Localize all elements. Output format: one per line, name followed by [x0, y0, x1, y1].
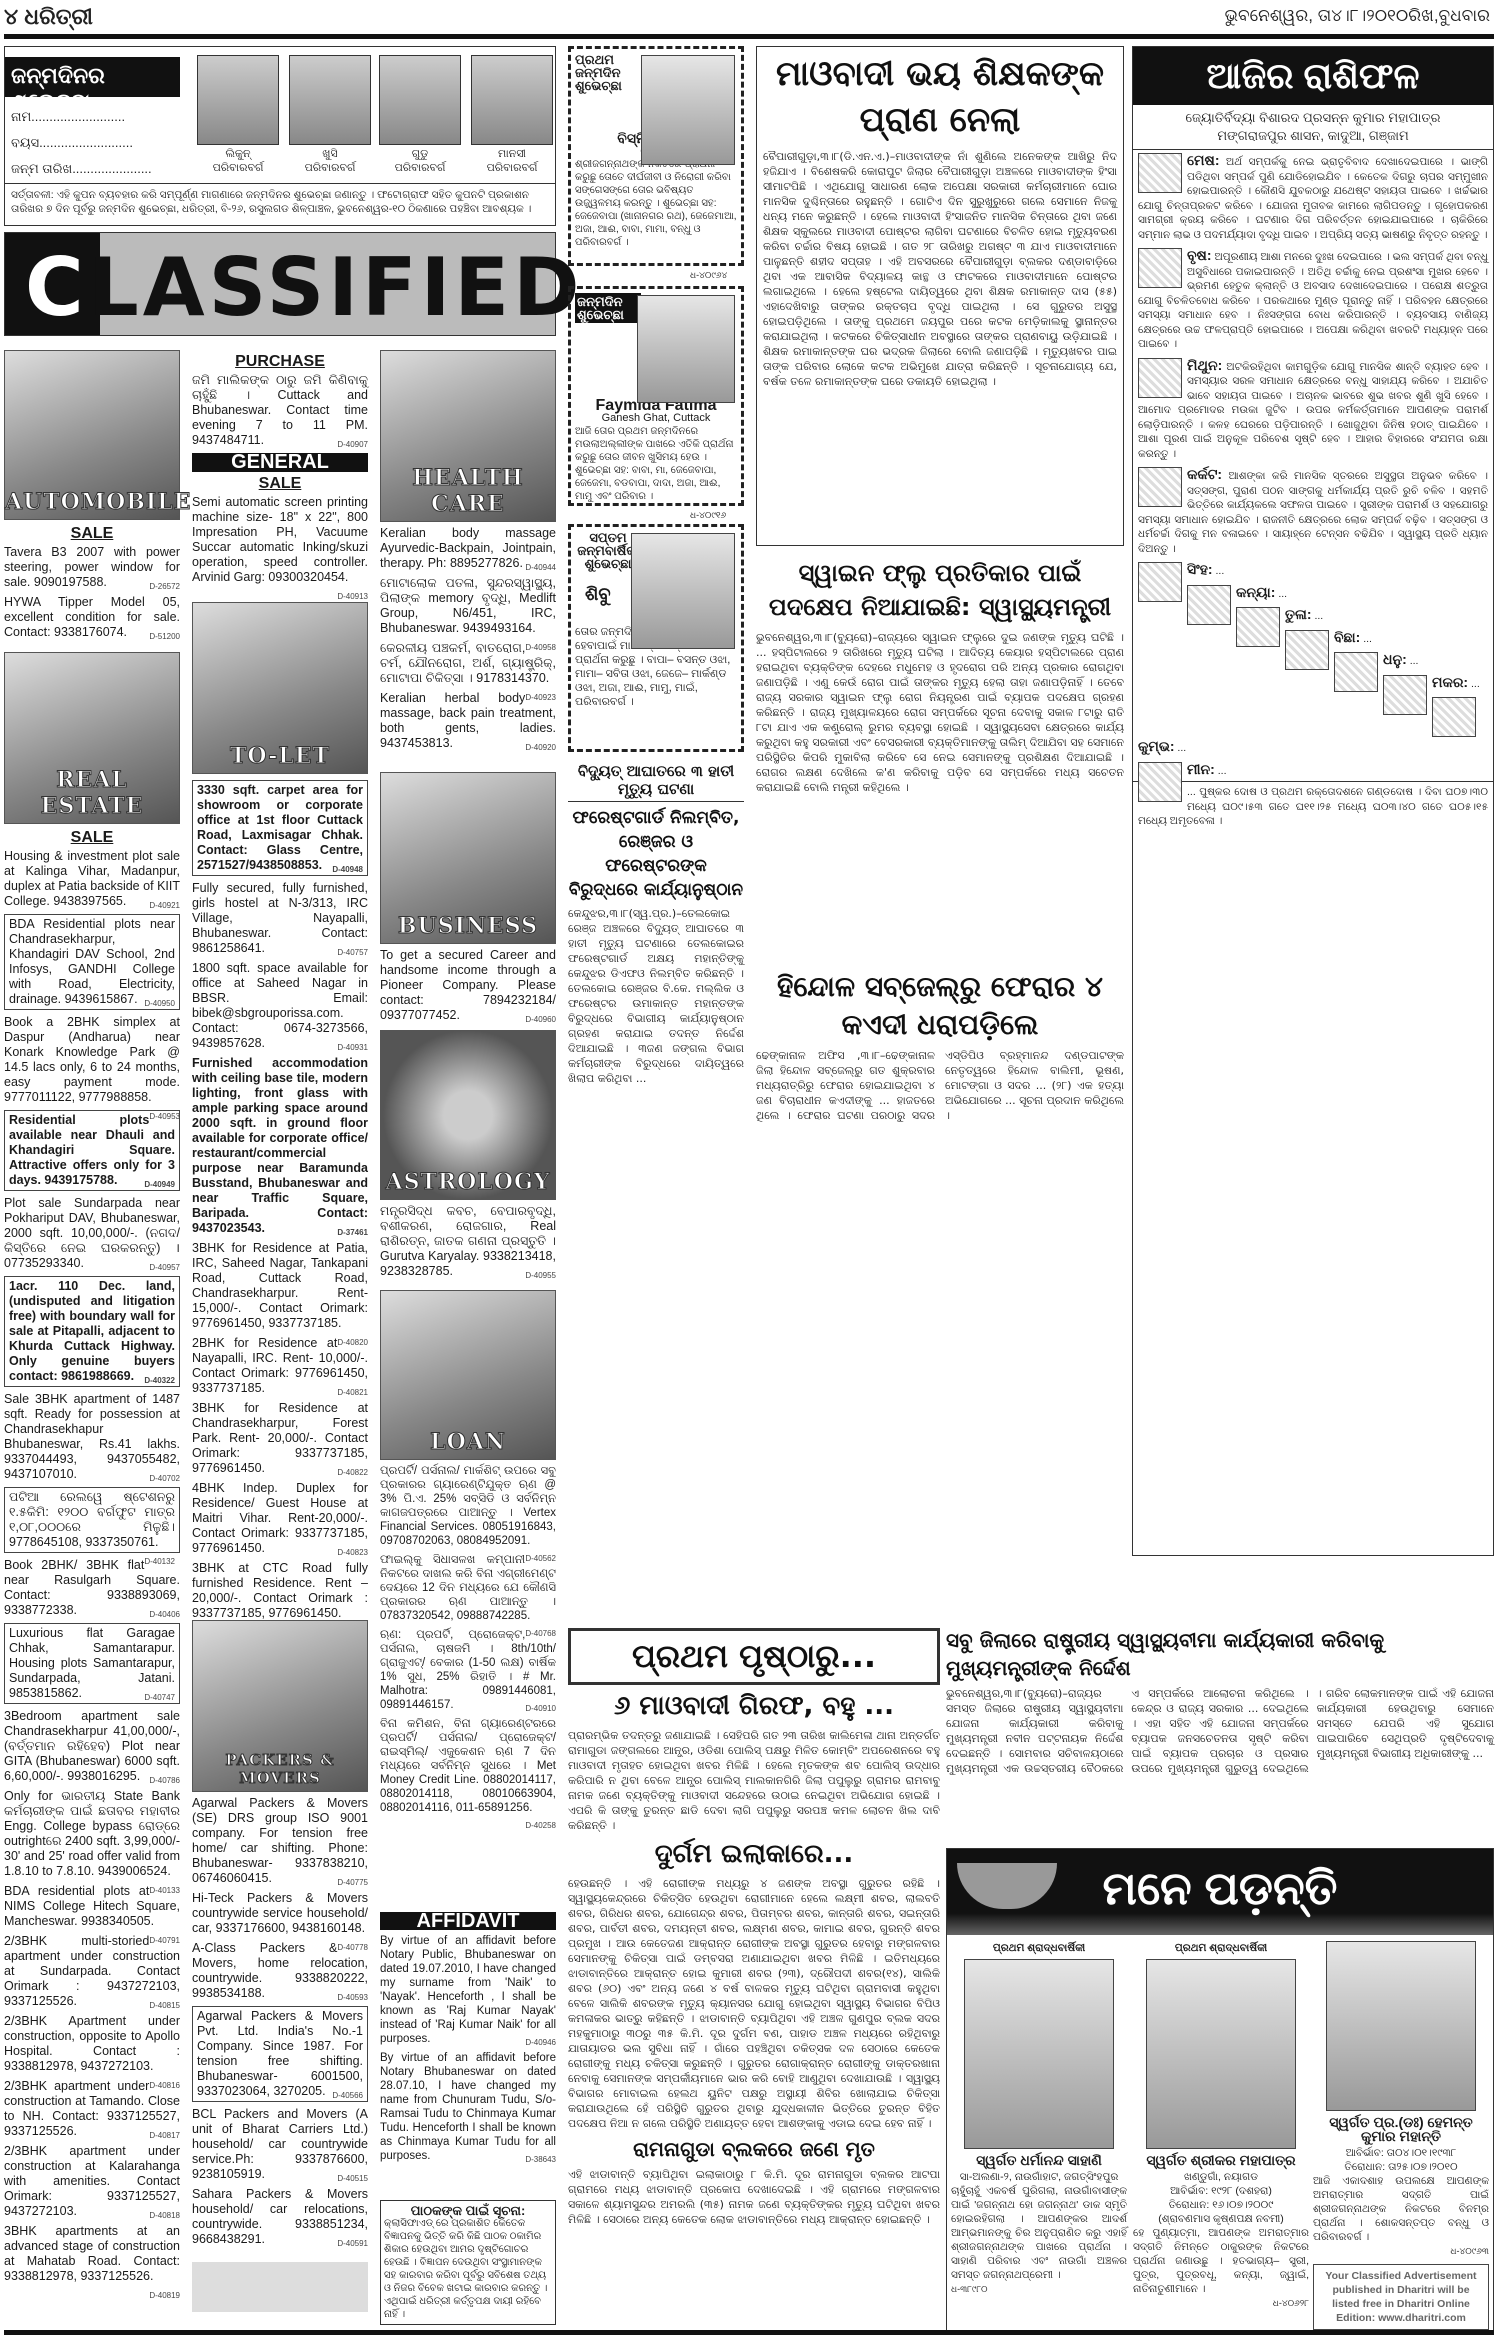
loan-image: LOAN — [380, 1290, 556, 1460]
obituary-entry: ପ୍ରଥମ ଶ୍ରାଦ୍ଧବାର୍ଷିକୀ ସ୍ୱର୍ଗତ ଶ୍ରୀକର ମହା… — [1133, 1941, 1309, 2310]
obituary-panel: ମନେ ପଡ଼ନ୍ତି ପ୍ରଥମ ଶ୍ରାଦ୍ଧବାର୍ଷିକୀ ସ୍ୱର୍ଗ… — [946, 1848, 1494, 2332]
coupon-age-field: ବୟସ.......................... — [11, 135, 133, 151]
real-estate-image: REAL ESTATE — [4, 652, 180, 824]
horoscope-sign: କର୍କଟ: ଆଶଙ୍କା କରି ମାନସିକ ସ୍ତରରେ ଅସୁସ୍ଥତା… — [1133, 464, 1493, 559]
maoist-story: ମାଓବାଦୀ ଭୟ ଶିକ୍ଷକଙ୍କ ପ୍ରାଣ ନେଲା ବୈପାରୀଗୁ… — [756, 46, 1124, 546]
classified-ad: Sahara Packers & Movers household/ car r… — [192, 2187, 368, 2247]
classified-ad: By virtue of an affidavit before Notary … — [380, 1934, 556, 2046]
hindol-story: ହିନ୍ଦୋଳ ସବ୍‌ଜେଲ୍‌ରୁ ଫେରାର ୪ କଏଦୀ ଧରାପଡ଼ି… — [756, 968, 1124, 1123]
page-label: ୪ ଧରିତ୍ରୀ — [4, 4, 93, 30]
classified-ad: ଜମି ମାଲିକଙ୍କ ଠାରୁ ଜମି କିଣିବାକୁ ଚାହୁଁଛି ।… — [192, 373, 368, 448]
classified-ad: Semi automatic screen printing machine s… — [192, 495, 368, 585]
astrology-image: ASTROLOGY — [380, 1030, 556, 1200]
obituary-photo — [1146, 1959, 1296, 2149]
wish-photo — [641, 55, 735, 165]
kid-photo — [197, 55, 279, 145]
classified-ad: Book a 2BHK simplex at Daspur (Andharua)… — [4, 1015, 180, 1105]
classified-ad: 3330 sqft. carpet area for showroom or c… — [192, 780, 368, 876]
horoscope-footer: ... ପୁଷ୍କର ଦୋଷ ଓ ପ୍ରଥମ ରକ୍ତୋଦଶନେ ଗଣ୍ଡଦୋଷ… — [1133, 781, 1493, 832]
astrology-column: ମନ୍ତ୍ରସିଦ୍ଧ କବଚ, ବେପାରବୃଦ୍ଧି, ବଶୀକରଣ, ରୋ… — [380, 1204, 556, 1284]
classified-ad: Plot sale Sundarpada near Pokhariput DAV… — [4, 1196, 180, 1271]
classified-ad: Sale 3BHK apartment of 1487 sqft. Ready … — [4, 1392, 180, 1482]
classified-banner: CLASSIFIED — [4, 232, 556, 336]
classified-ad: Furnished accommodation with ceiling bas… — [192, 1056, 368, 1236]
wish-card: ସପ୍ତମ ଜନ୍ମବାର୍ଷିକୀ ଶୁଭେଚ୍ଛା ଶିବୁ ତୋର ଜନ୍… — [568, 524, 744, 752]
horoscope-sign: ମିଥୁନ: ଅଟକିରହିଥିବା କାମଗୁଡ଼ିକ ଯୋଗୁ ମାନସିକ… — [1133, 355, 1493, 465]
health-insurance-story: ସବୁ ଜିଲାରେ ରାଷ୍ଟ୍ରୀୟ ସ୍ୱାସ୍ଥ୍ୟବୀମା କାର୍ଯ… — [946, 1626, 1494, 1776]
affidavit-column: AFFIDAVIT By virtue of an affidavit befo… — [380, 1908, 556, 2168]
zodiac-icon — [1285, 630, 1329, 670]
classified-ad: ପ୍ରପର୍ଟି/ ପର୍ସନାଲ/ ମାର୍କଶିଟ୍ ଉପରେ ସବୁ ପ୍… — [380, 1464, 556, 1548]
online-listing-note: Your Classified Advertisement published … — [1313, 2264, 1489, 2330]
horoscope-sign: କନ୍ୟା: ... — [1133, 582, 1493, 605]
classified-ad: Hi-Teck Packers & Movers countrywide ser… — [192, 1891, 368, 1936]
classified-ad: ବିନା କମିଶନ, ବିନା ଗ୍ୟାରେଣ୍ଟରରେ ପ୍ରପର୍ଟି/ … — [380, 1717, 556, 1815]
automobile-image: AUTOMOBILE — [4, 350, 180, 520]
real-estate-column: SALE Housing & investment plot sale at K… — [4, 826, 180, 2303]
wish-card: ପ୍ରଥମ ଜନ୍ମଦିନ ଶୁଭେଚ୍ଛା ବିସ୍ମିତ୍ (ଅଂଶୁ) ଖ… — [568, 46, 744, 266]
classified-ad: 4BHK Indep. Duplex for Residence/ Guest … — [192, 1481, 368, 1556]
classified-ad: Agarwal Packers & Movers Pvt. Ltd. India… — [192, 2006, 368, 2102]
classified-ad: 2/3BHK Apartment under construction, opp… — [4, 2014, 180, 2074]
classified-ad: ମନ୍ତ୍ରସିଦ୍ଧ କବଚ, ବେପାରବୃଦ୍ଧି, ବଶୀକରଣ, ରୋ… — [380, 1204, 556, 1279]
real-estate-sale-heading: SALE — [4, 830, 180, 845]
to-let-column: 3330 sqft. carpet area for showroom or c… — [192, 780, 368, 1640]
swine-flu-story: ସ୍ୱାଇନ ଫ୍ଲୁ ପ୍ରତିକାର ପାଇଁ ପଦକ୍ଷେପ ନିଆଯାଇ… — [756, 556, 1124, 795]
horoscope-sign: କୁମ୍ଭ: ... — [1133, 694, 1493, 759]
zodiac-icon — [1138, 248, 1182, 288]
wish-photo — [637, 295, 735, 403]
horoscope-sign: ସିଂହ: ... — [1133, 559, 1493, 582]
health-care-column: Keralian body massage Ayurvedic-Backpain… — [380, 526, 556, 756]
horoscope-sign: ମେଷ: ଅର୍ଥ ସମ୍ପର୍କକୁ ନେଇ ଭ୍ରାତୃବିବାଦ ଦେଖା… — [1133, 150, 1493, 245]
horoscope-sign: ମକର: ... — [1133, 672, 1493, 695]
classified-ad: Only for ଭାରତୀୟ State Bank କର୍ମଚାରୀଙ୍କ ପ… — [4, 1789, 180, 1879]
dateline: ଭୁବନେଶ୍ୱର, ତା୪।୮।୨୦୧୦ରିଖ,ବୁଧବାର — [1225, 6, 1490, 26]
classified-ad: Fully secured, fully furnished, girls ho… — [192, 881, 368, 956]
general-sale-heading: SALE — [192, 476, 368, 491]
classified-ad: By virtue of an affidavit before Notary … — [380, 2051, 556, 2163]
classified-ad: ମୋଟାଲୋକ ପତଳା, ସୁନ୍ଦରସ୍ୱାସ୍ଥ୍ୟ, ପିଲାଙ୍କ m… — [380, 576, 556, 636]
horoscope-author: ଜ୍ୟୋତିର୍ବିଦ୍ୟା ବିଶାରଦ ପ୍ରସନ୍ନ କୁମାର ମହାପ… — [1133, 105, 1493, 150]
kid-caption: ମାନସୀପରିବାରବର୍ଗ — [467, 147, 557, 175]
classified-ad: 2/3BHK apartment under construction at K… — [4, 2144, 180, 2219]
zodiac-icon — [1138, 467, 1182, 507]
kid-photo — [379, 55, 461, 145]
classified-wordmark: CLASSIFIED — [25, 241, 583, 334]
affidavit-bar: AFFIDAVIT — [380, 1912, 556, 1930]
obituary-banner: ମନେ ପଡ଼ନ୍ତି — [947, 1849, 1493, 1935]
purchase-heading: PURCHASE — [192, 354, 368, 369]
diya-lamp-icon — [957, 1863, 1057, 1909]
obituary-photo — [964, 1959, 1114, 2149]
zodiac-icon — [1383, 675, 1427, 715]
business-image: BUSINESS — [380, 772, 556, 944]
horoscope-sign: ବିଛା: ... — [1133, 627, 1493, 650]
classified-ad: 3BHK at CTC Road fully furnished Residen… — [192, 1561, 368, 1621]
kid-photo — [289, 55, 371, 145]
zodiac-icon — [1138, 358, 1182, 398]
coupon-terms: ସର୍ତ୍ତାବଳୀ: ଏହି କୁପନ ବ୍ୟବହାର କରି ସମ୍ପୂର୍… — [5, 183, 555, 220]
coupon-name-field: ନାମ.......................... — [11, 109, 125, 125]
bottom-rule — [4, 2330, 1494, 2335]
kid-photo — [471, 55, 553, 145]
business-column: To get a secured Career and handsome inc… — [380, 948, 556, 1028]
health-care-image: HEALTH CARE — [380, 350, 556, 522]
horoscope-signs: ମେଷ: ଅର୍ଥ ସମ୍ପର୍କକୁ ନେଇ ଭ୍ରାତୃବିବାଦ ଦେଖା… — [1133, 150, 1493, 781]
classified-ad: 3BHK for Residence at Chandrasekharpur, … — [192, 1401, 368, 1476]
horoscope-panel: ଆଜିର ରାଶିଫଳ ଜ୍ୟୋତିର୍ବିଦ୍ୟା ବିଶାରଦ ପ୍ରସନ୍… — [1132, 46, 1494, 1556]
classified-ad: Keralian body massage Ayurvedic-Backpain… — [380, 526, 556, 571]
classified-ad: BCL Packers and Movers (A unit of Bharat… — [192, 2107, 368, 2182]
classified-ad: 1800 sqft. space available for office at… — [192, 961, 368, 1051]
kid-caption: ଲିକୁନ୍ପରିବାରବର୍ଗ — [193, 147, 283, 175]
coupon-title: ଜନ୍ମଦିନର ଶୁଭେଚ୍ଛା — [5, 57, 180, 97]
zodiac-icon — [1138, 562, 1182, 602]
general-bar: GENERAL — [192, 453, 368, 472]
automobile-column: SALE Tavera B3 2007 with power steering,… — [4, 522, 180, 645]
classified-ad: 1acr. 110 Dec. land, (undisputed and lit… — [4, 1276, 180, 1387]
coupon-dob-field: ଜନ୍ମ ତାରିଖ...................... — [11, 161, 152, 177]
reader-notice: ପାଠକଙ୍କ ପାଇଁ ସୂଚନା: କ୍ଲାସିଫାଏଡ୍ ରେ ପ୍ରକା… — [380, 2200, 556, 2325]
zodiac-icon — [1432, 697, 1476, 737]
kid-caption: ଗୁଡୁପରିବାରବର୍ଗ — [375, 147, 465, 175]
classified-ad: Luxurious flat Garagae Chhak, Samantarap… — [4, 1623, 180, 1704]
obituary-entry: ପ୍ରଥମ ଶ୍ରାଦ୍ଧବାର୍ଷିକୀ ସ୍ୱର୍ଗତ ଧର୍ମାନନ୍ଦ … — [951, 1941, 1127, 2296]
loan-column: ପ୍ରପର୍ଟି/ ପର୍ସନାଲ/ ମାର୍କଶିଟ୍ ଉପରେ ସବୁ ପ୍… — [380, 1464, 556, 1833]
zodiac-icon — [1334, 652, 1378, 692]
birthday-coupon: ଜନ୍ମଦିନର ଶୁଭେଚ୍ଛା ନାମ...................… — [4, 46, 556, 226]
classified-ad: HYWA Tipper Model 05, excellent conditio… — [4, 595, 180, 640]
classified-ad: Housing & investment plot sale at Kaling… — [4, 849, 180, 909]
obituary-photo — [1326, 1941, 1476, 2111]
zodiac-icon — [1138, 153, 1182, 193]
obituary-entry: ସ୍ୱର୍ଗତ ପ୍ର.(ଡଃ) ହେମନ୍ତ କୁମାର ମହାନ୍ତି ଆବ… — [1313, 1937, 1489, 2330]
classified-ad: 3BHK apartments at an advanced stage of … — [4, 2224, 180, 2284]
zodiac-icon — [1236, 607, 1280, 647]
zodiac-icon — [1187, 585, 1231, 625]
classified-ad: ପଟିଆ ରେଲୱେ ଷ୍ଟେଶନରୁ ୧.୫କିମି: ୧୨୦୦ ବର୍ଗଫୁ… — [4, 1487, 180, 1553]
packers-image: PACKERS & MOVERS — [192, 1620, 368, 1792]
zodiac-icon — [1138, 762, 1182, 802]
front-page-continuations: ପ୍ରଥମ ପୃଷ୍ଠାରୁ... ୬ ମାଓବାଦୀ ଗିରଫ, ବହୁ ..… — [568, 1628, 940, 2227]
horoscope-title: ଆଜିର ରାଶିଫଳ — [1133, 47, 1493, 105]
classified-ad: Agarwal Packers & Movers (SE) DRS group … — [192, 1796, 368, 1886]
blank-ad-space — [192, 2262, 368, 2312]
to-let-image: TO-LET — [192, 602, 368, 774]
classified-ad: 3BHK for Residence at Patia, IRC, Saheed… — [192, 1241, 368, 1331]
packers-column: Agarwal Packers & Movers (SE) DRS group … — [192, 1796, 368, 2252]
horoscope-sign: ବୃଷ: ଅପୂରଣୀୟ ଆଶା ମନରେ ଦୁଃଖ ଦେଇପାରେ । ଭଲ … — [1133, 245, 1493, 355]
purchase-general-column: PURCHASE ଜମି ମାଲିକଙ୍କ ଠାରୁ ଜମି କିଣିବାକୁ … — [192, 350, 368, 604]
classified-ad: BDA Residential plots near Chandrasekhar… — [4, 914, 180, 1010]
kid-caption: ଖୁସିପରିବାରବର୍ଗ — [285, 147, 375, 175]
top-rule — [4, 34, 1494, 39]
elephant-story: ବିଦ୍ୟୁତ୍ ଆଘାତରେ ୩ ହାତୀ ମୃତ୍ୟୁ ଘଟଣା ଫରେଷ୍… — [568, 762, 744, 1086]
wish-card: ଜନ୍ମଦିନ ଶୁଭେଚ୍ଛା Faymida Fatima Ganesh G… — [568, 286, 744, 506]
classified-ad: 3Bedroom apartment sale Chandrasekharpur… — [4, 1709, 180, 1784]
classified-ad: Tavera B3 2007 with power steering, powe… — [4, 545, 180, 590]
horoscope-sign: ମୀନ: ... — [1133, 759, 1493, 782]
front-page-banner: ପ୍ରଥମ ପୃଷ୍ଠାରୁ... — [568, 1628, 940, 1685]
wish-photo — [631, 533, 735, 649]
automobile-sale-heading: SALE — [4, 526, 180, 541]
classified-ad: To get a secured Career and handsome inc… — [380, 948, 556, 1023]
